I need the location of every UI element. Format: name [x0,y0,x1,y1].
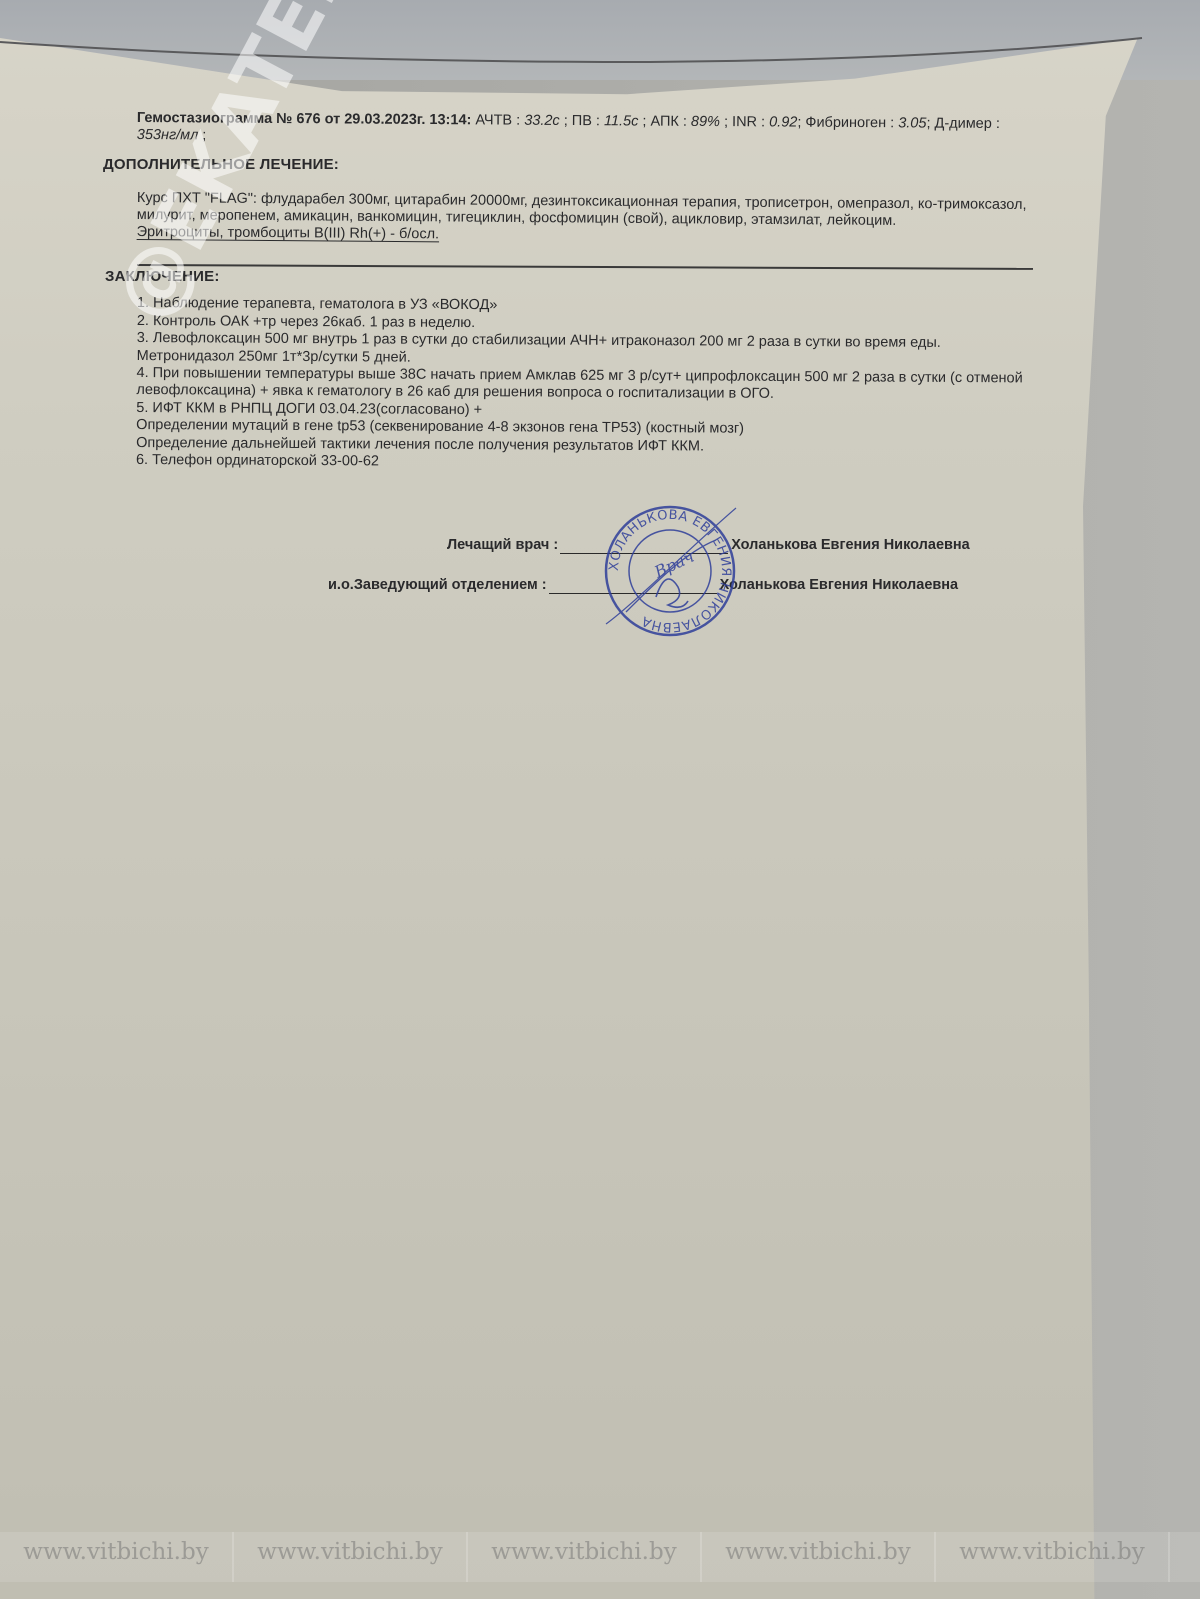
inr-value: 0.92 [769,114,797,130]
additional-treatment: Курс ПХТ "FLAG": флударабел 300мг, цитар… [137,190,1027,248]
footer-watermark-text: www.vitbichi.by [468,1532,702,1582]
signature-role: Лечащий врач : [447,537,558,553]
document: Гемостазиограмма № 676 от 29.03.2023г. 1… [0,0,1200,1599]
footer-watermark-text: www.vitbichi.by [936,1532,1170,1582]
footer-watermark-text: www.vitbichi.by [234,1532,468,1582]
ddimer-label: Д-димер : [934,116,999,132]
section-divider [137,264,1033,270]
fibrinogen-value: 3.05 [898,115,926,131]
apk-label: АПК : [650,114,687,130]
footer-watermark: www.vitbichi.by www.vitbichi.by www.vitb… [0,1532,1200,1582]
diagonal-watermark: @EKATERINAFROLOVA771994 [130,0,766,318]
signature-name: Холанькова Евгения Николаевна [720,577,959,593]
footer-watermark-text: www.vitbichi.by [0,1532,234,1582]
conclusion-line: 4. При повышении температуры выше 38С на… [136,365,1026,404]
fibrinogen-label: Фибриноген : [805,115,894,132]
doctor-stamp-icon: ХОЛАНЬКОВА ЕВГЕНИЯ НИКОЛАЕВНА Врач [596,502,744,640]
pv-label: ПВ : [572,113,600,129]
stamp-center-text: Врач [650,547,697,582]
signature-name: Холанькова Евгения Николаевна [731,537,970,553]
footer-watermark-text: www.vitbichi.by [702,1532,936,1582]
pv-value: 11.5с [604,113,639,129]
conclusion-list: 1. Наблюдение терапевта, гематолога в УЗ… [136,295,1027,475]
signature-role: и.о.Заведующий отделением : [328,577,547,593]
inr-label: INR : [732,114,765,130]
apk-value: 89% [691,114,720,130]
achtv-label: АЧТВ : [475,112,520,128]
achtv-value: 33.2с [524,113,560,129]
